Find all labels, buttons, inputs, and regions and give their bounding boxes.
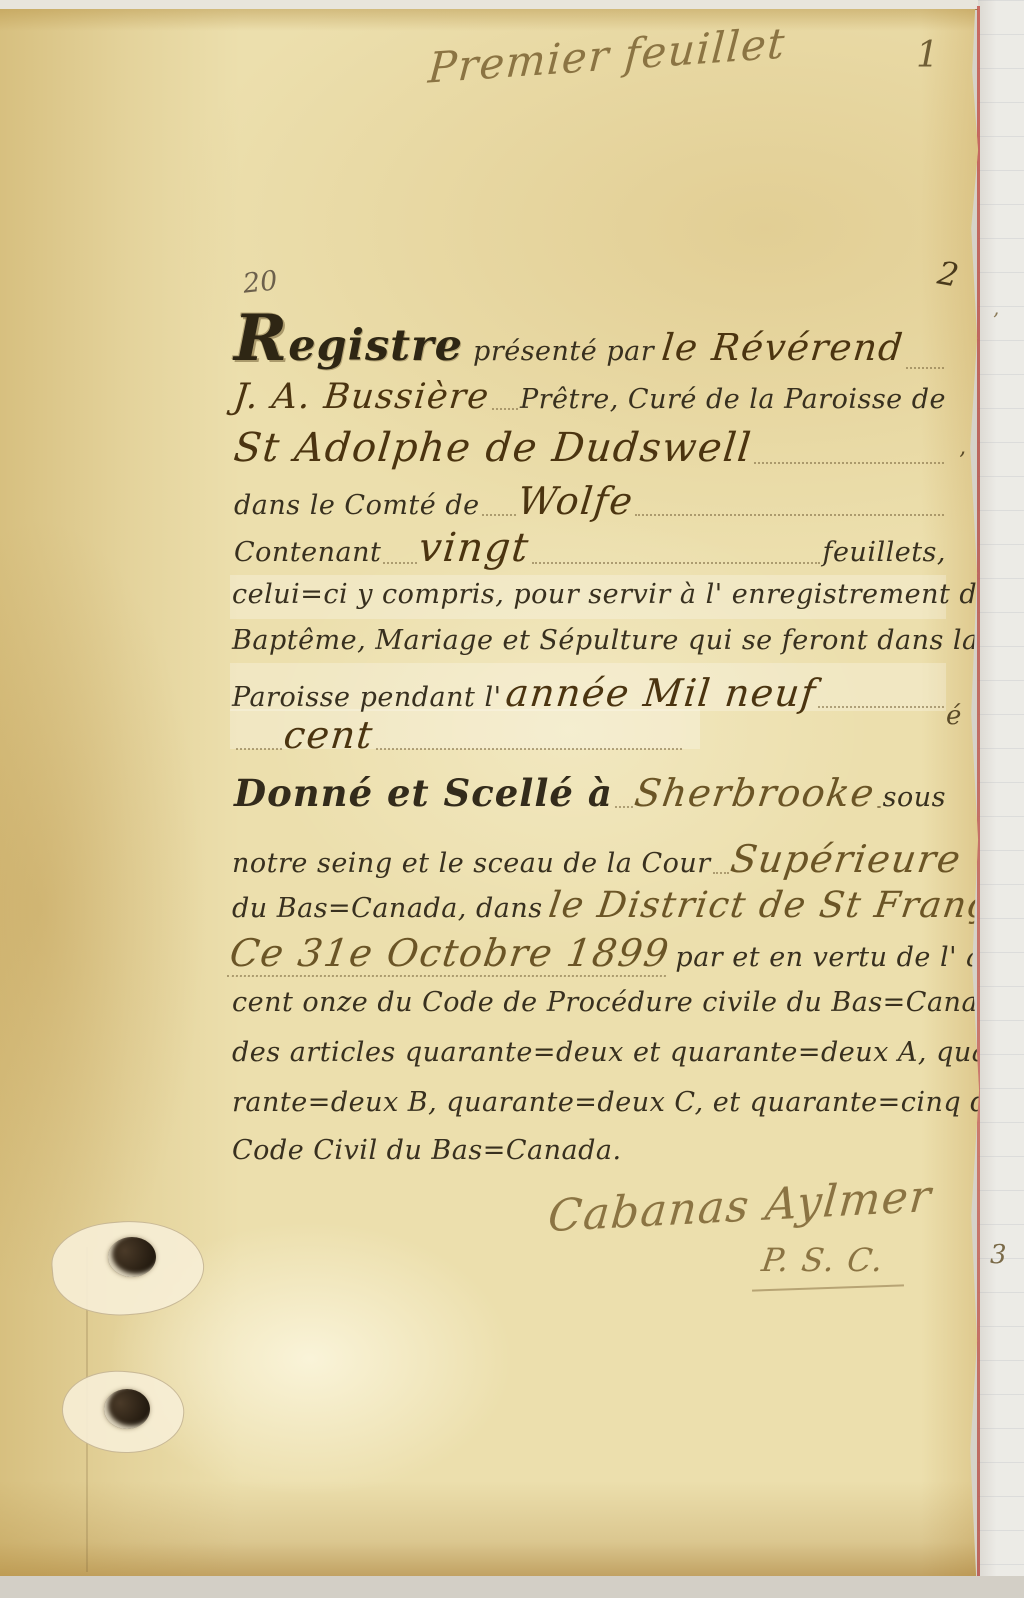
written-nb-feuillets: vingt	[417, 525, 532, 571]
written-priest-name: J. A. Bussière	[232, 377, 492, 417]
printed-code-civil: Code Civil du Bas=Canada.	[232, 1135, 622, 1166]
registre-ornate-word: Registre	[234, 301, 463, 376]
written-county: Wolfe	[515, 479, 635, 523]
printed-articles: des articles quarante=deux et quarante=d…	[232, 1037, 1011, 1068]
signature-title-script: P. S. C.	[759, 1241, 886, 1279]
printed-contenant: Contenant	[234, 537, 381, 568]
printed-bas-canada: du Bas=Canada, dans	[232, 893, 543, 924]
dotted-rule	[615, 806, 633, 808]
printed-paroisse-pendant: Paroisse pendant l'	[232, 682, 502, 713]
form-line-cour: notre seing et le sceau de la Cour Supér…	[232, 837, 946, 881]
dotted-rule	[236, 748, 282, 750]
printed-rante: rante=deux B, quarante=deux C, et quaran…	[232, 1087, 1006, 1118]
written-date: Ce 31e Octobre 1899	[227, 931, 673, 977]
form-line-district: du Bas=Canada, dans le District de St Fr…	[232, 885, 946, 926]
printed-dans-comte: dans le Comté de	[234, 490, 480, 521]
punch-hole	[108, 1237, 156, 1277]
edge-fragment-letter: é	[946, 701, 961, 731]
dotted-rule	[532, 562, 821, 564]
edge-ink-mark: ʼ	[954, 907, 961, 932]
signature-name: Cabanas Aylmer	[546, 1171, 934, 1242]
form-line-bapteme: Baptême, Mariage et Sépulture qui se fer…	[232, 625, 1024, 656]
written-district: le District de St François	[546, 885, 1024, 926]
printed-vertu: par et en vertu de l' article treize	[675, 942, 1024, 973]
written-reverend: le Révérend	[660, 326, 906, 369]
edge-ink-mark: ʼ	[958, 449, 965, 474]
dotted-rule	[818, 706, 944, 708]
dotted-rule	[713, 872, 729, 874]
printed-sous: sous	[883, 782, 946, 813]
form-line-donne: Donné et Scellé à Sherbrooke sous	[234, 771, 946, 815]
printed-feuillets: feuillets,	[822, 537, 946, 568]
dotted-rule	[906, 367, 944, 369]
printed-pretre-cure: Prêtre, Curé de la Paroisse de	[520, 384, 946, 415]
register-title-page: Premier feuillet 1 20 Registre présenté …	[0, 9, 981, 1576]
signature: Cabanas Aylmer	[547, 1171, 933, 1242]
dotted-rule	[877, 806, 881, 808]
dotted-rule	[376, 748, 682, 750]
pencil-annotation: 20	[241, 265, 278, 299]
form-line-rante: rante=deux B, quarante=deux C, et quaran…	[232, 1087, 1006, 1118]
premier-feuillet-script: Premier feuillet	[427, 18, 788, 92]
header-script: Premier feuillet	[427, 19, 788, 93]
written-cent: cent	[282, 713, 376, 757]
printed-bapteme: Baptême, Mariage et Sépulture qui se fer…	[232, 625, 1024, 656]
signature-underline	[752, 1284, 904, 1291]
written-court: Supérieure	[728, 837, 964, 881]
form-line-articles: des articles quarante=deux et quarante=d…	[232, 1037, 1011, 1068]
dotted-rule	[482, 514, 516, 516]
written-parish: St Adolphe de Dudswell	[232, 425, 755, 471]
adjacent-page-fragment: 3	[990, 1240, 1007, 1270]
scanner-bottom-strip	[0, 1576, 1024, 1598]
form-line-compris: celui=ci y compris, pour servir à l' enr…	[232, 579, 1024, 610]
form-line-annee: Paroisse pendant l' année Mil neuf	[232, 671, 946, 715]
punch-hole	[104, 1389, 150, 1429]
written-annee: année Mil neuf	[503, 671, 818, 715]
printed-presente-par: présenté par	[473, 336, 654, 367]
signature-title: P. S. C.	[762, 1241, 884, 1279]
dotted-rule	[635, 514, 944, 516]
form-line-date: Ce 31e Octobre 1899 par et en vertu de l…	[230, 931, 946, 977]
dotted-rule	[383, 562, 417, 564]
form-line-priest: J. A. Bussière Prêtre, Curé de la Parois…	[234, 377, 946, 417]
edge-fragment-number: 2	[935, 254, 962, 295]
form-line-code-civil: Code Civil du Bas=Canada.	[232, 1135, 622, 1166]
adjacent-page-edge	[978, 0, 1024, 1598]
form-line-feuillets: Contenant vingt feuillets,	[234, 525, 946, 571]
form-line-parish: St Adolphe de Dudswell	[234, 425, 946, 471]
printed-seing: notre seing et le sceau de la Cour	[232, 848, 711, 879]
printed-compris: celui=ci y compris, pour servir à l' enr…	[232, 579, 1024, 610]
printed-cent-onze: cent onze du Code de Procédure civile du…	[232, 987, 1024, 1018]
form-line-county: dans le Comté de Wolfe	[234, 479, 946, 523]
page-number: 1	[916, 35, 939, 76]
red-page-edge-line	[977, 6, 980, 1586]
printed-donne-scelle: Donné et Scellé à	[234, 771, 613, 815]
written-city: Sherbrooke	[632, 771, 878, 815]
adjacent-page-ink-mark: ʼ	[992, 308, 998, 332]
dotted-rule	[492, 408, 518, 410]
form-line-cent-onze: cent onze du Code de Procédure civile du…	[232, 987, 1024, 1018]
form-line-registre: Registre présenté par le Révérend	[234, 301, 946, 376]
dotted-rule	[754, 462, 944, 464]
register-scan: Premier feuillet 1 20 Registre présenté …	[0, 0, 1024, 1598]
form-line-cent: cent	[234, 713, 684, 757]
scanner-top-strip	[0, 0, 1024, 10]
